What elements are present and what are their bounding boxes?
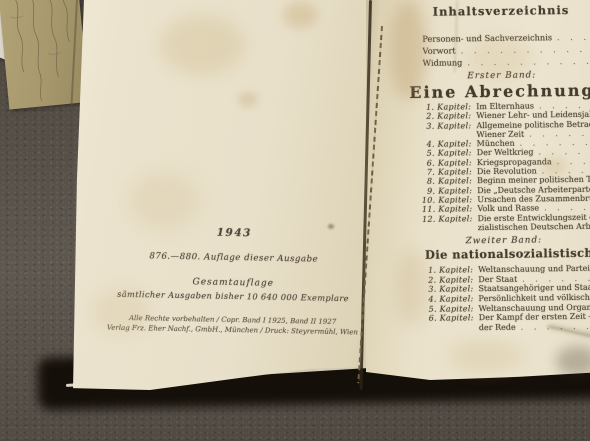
dot-leader: . . . . . . . . . . . . . . . . . . . . [467,55,590,68]
chapter-title: Wiener Zeit [476,129,524,139]
chapter-number: 4. Kapitel: [399,294,473,304]
dot-leader: . . . . . . . . . . . . . . . . . . . . [539,99,590,110]
dot-leader: . . . . . . . . . . . . . . . . . . . . [461,43,590,56]
chapter-title: Die Revolution [477,166,537,176]
dot-leader: . . . . . . . . . . . . . . . . . . . . [538,146,590,157]
dot-leader: . . . . . . . . . . . . . . . . . . . . [557,31,590,42]
chapter-title: Vorwort [422,45,455,55]
toc-heading: Inhaltsverzeichnis [366,2,590,19]
chapter-title: Persönlichkeit und völkischer Staatsgeda… [478,292,590,303]
dot-leader: . . . . . . . . . . . . . . . . . . . . [529,127,590,138]
chapter-title: München [477,139,515,148]
toc-row: Widmung. . . . . . . . . . . . . . . . .… [423,55,590,70]
chapter-title: Im Elternhaus [476,101,534,111]
band1-title: Eine Abrechnung [367,80,590,102]
chapter-number: 2. Kapitel: [399,275,473,285]
chapter-title: Personen- und Sachverzeichnis [422,32,552,44]
chapter-number: 11. Kapitel: [398,204,472,214]
front-matter-list: Personen- und Sachverzeichnis. . . . . .… [422,31,590,70]
chapter-title: Weltanschauung und Partei [478,264,590,274]
chapter-number: 1. Kapitel: [399,265,473,275]
chapter-title: Der Weltkrieg [477,148,534,158]
chapter-title: Kriegspropaganda [477,157,552,167]
dot-leader: . . . . . . . . . . . . . . . . . . . . [542,164,590,175]
print-run-line: sämtlicher Ausgaben bisher 10 640 000 Ex… [93,288,373,303]
chapter-number: 5. Kapitel: [398,149,472,159]
imprint-text-block: 1943 876.—880. Auflage dieser Ausgabe Ge… [91,0,378,395]
table-of-contents: Inhaltsverzeichnis Personen- und Sachver… [366,0,590,400]
band2-chapter-list: 1. Kapitel:Weltanschauung und Partei. . … [399,262,590,334]
chapter-number [399,230,473,231]
chapter-title: Staatsangehöriger und Staatsbürger [478,283,590,294]
band1-chapter-list: 1. Kapitel:Im Elternhaus. . . . . . . . … [397,99,590,233]
chapter-number [398,137,472,138]
chapter-number: 7. Kapitel: [398,167,472,177]
chapter-title: Der Kampf der ersten Zeit — Die Bedeutun… [479,311,590,322]
band2-title: Die nationalsozialistische Bewegung [425,245,590,262]
chapter-title: der Rede [479,323,516,332]
chapter-number: 6. Kapitel: [400,314,474,324]
photo-open-book: 1943 876.—880. Auflage dieser Ausgabe Ge… [0,0,590,441]
chapter-number: 8. Kapitel: [398,177,472,187]
dot-leader: . . . . . . . . . . . . . . . . . . . . [520,137,590,148]
chapter-title: Weltanschauung und Organisation [479,302,590,313]
dot-leader: . . . . . . . . . . . . . . . . . . . . [544,202,590,213]
edition-line: 876.—880. Auflage dieser Ausgabe [94,250,374,265]
dot-leader: . . . . . . . . . . . . . . . . . . . . [522,272,590,283]
dot-leader: . . . . . . . . . . . . . . . . . . . . [521,320,590,331]
chapter-number: 10. Kapitel: [398,195,472,205]
print-year: 1943 [94,224,374,241]
dot-leader: . . . . . . . . . . . . . . . . . . . . [557,155,590,166]
chapter-number: 6. Kapitel: [398,158,472,168]
chapter-number: 3. Kapitel: [397,121,471,131]
chapter-number: 1. Kapitel: [397,102,471,112]
chapter-title: Volk und Rasse [477,204,539,214]
chapter-title: Der Staat [478,274,517,283]
chapter-title: Widmung [423,57,463,67]
chapter-number: 4. Kapitel: [398,139,472,149]
chapter-title: zialistischen Deutschen Arbeiterpartei [478,221,590,232]
chapter-number [400,330,474,331]
chapter-number: 12. Kapitel: [398,214,472,224]
chapter-number: 3. Kapitel: [399,285,473,295]
chapter-number: 5. Kapitel: [400,304,474,314]
chapter-number: 9. Kapitel: [398,186,472,196]
chapter-number: 2. Kapitel: [397,112,471,122]
